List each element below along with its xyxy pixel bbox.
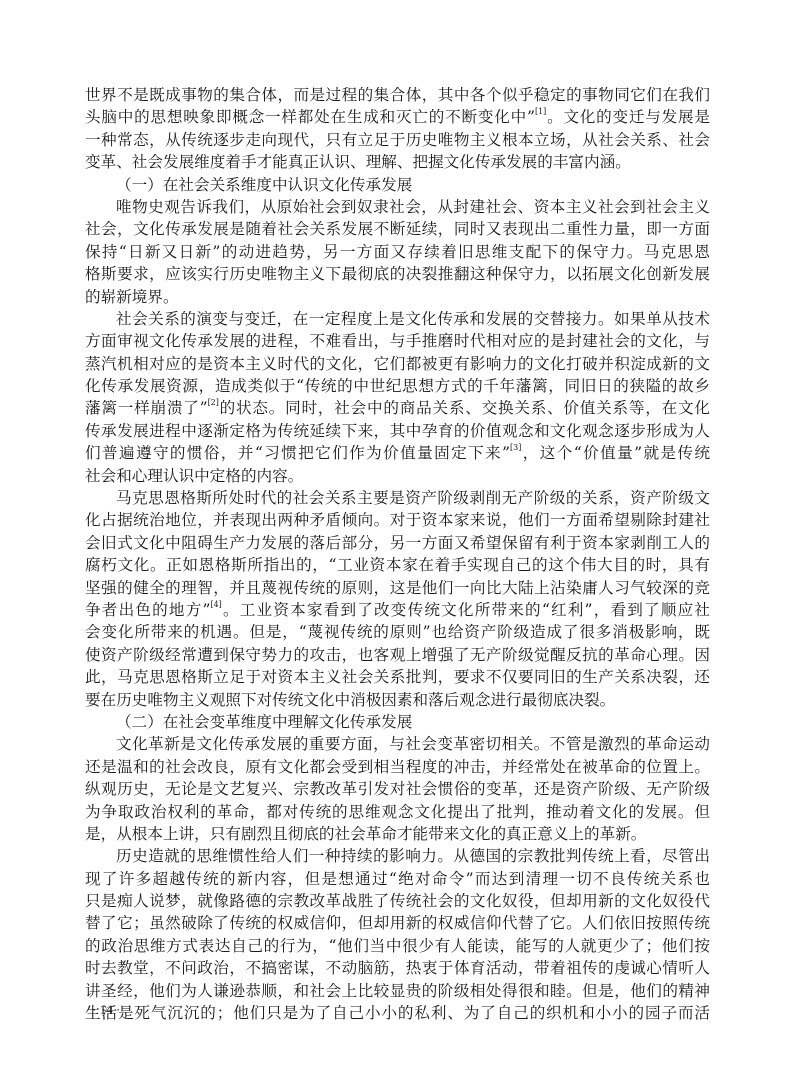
line-text: 生活是死气沉沉的；他们只是为了自己小小的私利、为了自己的织机和小小的园子而活: [85, 1004, 710, 1022]
line-text-continued: 。文化的变迁与发展是: [546, 108, 710, 126]
citation-reference: [4]: [210, 600, 221, 609]
line-text: 格斯要求，应该实行历史唯物主义下最彻底的决裂推翻这种保守力，以拓展文化创新发展: [85, 265, 710, 283]
document-body: 世界不是既成事物的集合体，而是过程的集合体，其中各个似乎稳定的事物同它们在我们头…: [85, 84, 710, 1024]
page-number: · 14 ·: [92, 1002, 120, 1018]
line-text: 的政治思维方式表达自己的行为，“他们当中很少有人能读，能写的人就更少了；他们按: [85, 937, 710, 955]
text-line: 社会和心理认识中定格的内容。: [85, 465, 710, 487]
text-line: 此，马克思恩格斯立足于对资本主义社会关系批判，要求不仅要同旧的生产关系决裂，还: [85, 666, 710, 688]
text-line: 纵观历史，无论是文艺复兴、宗教改革引发对社会惯俗的变革，还是资产阶级、无产阶级: [85, 778, 710, 800]
line-text: 世界不是既成事物的集合体，而是过程的集合体，其中各个似乎稳定的事物同它们在我们: [85, 86, 710, 104]
text-line: 历史造就的思维惯性给人们一种持续的影响力。从德国的宗教批判传统上看，尽管出: [85, 845, 710, 867]
text-line: 只是痴人说梦，就像路德的宗教改革战胜了传统社会的文化奴役，但却用新的文化奴役代: [85, 890, 710, 912]
line-text: 坚强的健全的理智，并且蔑视传统的原则，这是他们一向比大陆上沾染庸人习气较深的竞: [85, 579, 710, 597]
text-line: 社会关系的演变与变迁，在一定程度上是文化传承和发展的交替接力。如果单从技术: [85, 308, 710, 330]
text-line: 会旧式文化中阻碍生产力发展的落后部分，另一方面又希望保留有利于资本家剥削工人的: [85, 532, 710, 554]
text-line: 的崭新境界。: [85, 286, 710, 308]
line-text: 化传承发展资源，造成类似于“传统的中世纪思想方式的千年藩篱，同旧日的狭隘的故乡: [85, 377, 710, 395]
line-text: 变革、社会发展维度着手才能真正认识、理解、把握文化传承发展的丰富内涵。: [85, 153, 631, 171]
line-text: 化占据统治地位，并表现出两种矛盾倾向。对于资本家来说，他们一方面希望剔除封建社: [85, 511, 710, 529]
line-text: 时去教堂，不问政治，不搞密谋，不动脑筋，热衷于体育活动，带着祖传的虔诚心情听人: [85, 959, 710, 977]
line-text-continued: 的状态。同时，社会中的商品关系、交换关系、价值关系等，在文化: [219, 399, 710, 417]
section-heading: （一）在社会关系维度中认识文化传承发展: [85, 174, 710, 196]
text-line: 争者出色的地方”[4]。工业资本家看到了改变传统文化所带来的“红利”，看到了顺应…: [85, 599, 710, 621]
line-text: 会旧式文化中阻碍生产力发展的落后部分，另一方面又希望保留有利于资本家剥削工人的: [85, 534, 710, 552]
line-text: 蒸汽机相对应的是资本主义时代的文化，它们都被更有影响力的文化打破并积淀成新的文: [85, 355, 710, 373]
text-line: 马克思恩格斯所处时代的社会关系主要是资产阶级剥削无产阶级的关系，资产阶级文: [85, 487, 710, 509]
text-line: 的政治思维方式表达自己的行为，“他们当中很少有人能读，能写的人就更少了；他们按: [85, 935, 710, 957]
line-text: 传承发展进程中逐渐定格为传统延续下来，其中孕育的价值观念和文化观念逐步形成为人: [85, 422, 710, 440]
line-text: 腐朽文化。正如恩格斯所指出的，“工业资本家在着手实现自己的这个伟大目的时，具有: [85, 556, 710, 574]
line-text: 社会，文化传承发展是随着社会关系发展不断延续，同时又表现出二重性力量，即一方面: [85, 220, 710, 238]
text-line: 头脑中的思想映象即概念一样都处在生成和灭亡的不断变化中”[1]。文化的变迁与发展…: [85, 106, 710, 128]
line-text: 还是温和的社会改良，原有文化都会受到相当程度的冲击，并经常处在被革命的位置上。: [85, 758, 710, 776]
line-text: 的崭新境界。: [85, 288, 179, 306]
line-text-continued: 。工业资本家看到了改变传统文化所带来的“红利”，看到了顺应社: [222, 601, 710, 619]
text-line: 变革、社会发展维度着手才能真正认识、理解、把握文化传承发展的丰富内涵。: [85, 151, 710, 173]
line-text: 现了许多超越传统的新内容，但是想通过“绝对命令”而达到清理一切不良传统关系也: [85, 870, 710, 888]
line-text: 方面审视文化传承发展的进程，不难看出，与手推磨时代相对应的是封建社会的文化，与: [85, 332, 710, 350]
section-heading: （二）在社会变革维度中理解文化传承发展: [85, 711, 710, 733]
text-line: 唯物史观告诉我们，从原始社会到奴隶社会，从封建社会、资本主义社会到社会主义: [85, 196, 710, 218]
text-line: 一种常态，从传统逐步走向现代，只有立足于历史唯物主义根本立场，从社会关系、社会: [85, 129, 710, 151]
text-line: 方面审视文化传承发展的进程，不难看出，与手推磨时代相对应的是封建社会的文化，与: [85, 330, 710, 352]
text-line: 藩篱一样崩溃了”[2]的状态。同时，社会中的商品关系、交换关系、价值关系等，在文…: [85, 397, 710, 419]
line-text: （一）在社会关系维度中认识文化传承发展: [116, 176, 412, 194]
line-text: 们普遍遵守的惯俗，并“习惯把它们作为价值量固定下来”: [85, 444, 510, 462]
line-text: （二）在社会变革维度中理解文化传承发展: [116, 713, 412, 731]
text-line: 要在历史唯物主义观照下对传统文化中消极因素和落后观念进行最彻底决裂。: [85, 689, 710, 711]
line-text: 社会和心理认识中定格的内容。: [85, 467, 303, 485]
text-line: 生活是死气沉沉的；他们只是为了自己小小的私利、为了自己的织机和小小的园子而活: [85, 1002, 710, 1024]
line-text-continued: ，这个“价值量”就是传统: [521, 444, 710, 462]
text-line: 还是温和的社会改良，原有文化都会受到相当程度的冲击，并经常处在被革命的位置上。: [85, 756, 710, 778]
text-line: 社会，文化传承发展是随着社会关系发展不断延续，同时又表现出二重性力量，即一方面: [85, 218, 710, 240]
citation-reference: [3]: [510, 443, 521, 452]
line-text: 替了它；虽然破除了传统的权威信仰，但却用新的权威信仰代替了它。人们依旧按照传统: [85, 914, 710, 932]
line-text: 是，从根本上讲，只有剧烈且彻底的社会革命才能带来文化的真正意义上的革新。: [85, 825, 646, 843]
text-line: 时去教堂，不问政治，不搞密谋，不动脑筋，热衷于体育活动，带着祖传的虔诚心情听人: [85, 957, 710, 979]
text-line: 文化革新是文化传承发展的重要方面，与社会变革密切相关。不管是激烈的革命运动: [85, 733, 710, 755]
line-text: 此，马克思恩格斯立足于对资本主义社会关系批判，要求不仅要同旧的生产关系决裂，还: [85, 668, 710, 686]
line-text: 争者出色的地方”: [85, 601, 210, 619]
text-line: 腐朽文化。正如恩格斯所指出的，“工业资本家在着手实现自己的这个伟大目的时，具有: [85, 554, 710, 576]
text-line: 讲圣经，他们为人谦逊恭顺，和社会上比较显贵的阶级相处得很和睦。但是，他们的精神: [85, 980, 710, 1002]
text-line: 化占据统治地位，并表现出两种矛盾倾向。对于资本家来说，他们一方面希望剔除封建社: [85, 509, 710, 531]
text-line: 使资产阶级经常遭到保守势力的攻击，也客观上增强了无产阶级觉醒反抗的革命心理。因: [85, 644, 710, 666]
text-line: 现了许多超越传统的新内容，但是想通过“绝对命令”而达到清理一切不良传统关系也: [85, 868, 710, 890]
text-line: 会变化所带来的机遇。但是，“蔑视传统的原则”也给资产阶级造成了很多消极影响，既: [85, 621, 710, 643]
line-text: 一种常态，从传统逐步走向现代，只有立足于历史唯物主义根本立场，从社会关系、社会: [85, 131, 710, 149]
text-line: 为争取政治权利的革命，都对传统的思维观念文化提出了批判，推动着文化的发展。但: [85, 801, 710, 823]
citation-reference: [1]: [535, 107, 546, 116]
line-text: 为争取政治权利的革命，都对传统的思维观念文化提出了批判，推动着文化的发展。但: [85, 803, 710, 821]
line-text: 马克思恩格斯所处时代的社会关系主要是资产阶级剥削无产阶级的关系，资产阶级文: [116, 489, 710, 507]
text-line: 替了它；虽然破除了传统的权威信仰，但却用新的权威信仰代替了它。人们依旧按照传统: [85, 912, 710, 934]
line-text: 社会关系的演变与变迁，在一定程度上是文化传承和发展的交替接力。如果单从技术: [116, 310, 710, 328]
text-line: 是，从根本上讲，只有剧烈且彻底的社会革命才能带来文化的真正意义上的革新。: [85, 823, 710, 845]
line-text: 使资产阶级经常遭到保守势力的攻击，也客观上增强了无产阶级觉醒反抗的革命心理。因: [85, 646, 710, 664]
line-text: 头脑中的思想映象即概念一样都处在生成和灭亡的不断变化中”: [85, 108, 535, 126]
line-text: 讲圣经，他们为人谦逊恭顺，和社会上比较显贵的阶级相处得很和睦。但是，他们的精神: [85, 982, 710, 1000]
line-text: 要在历史唯物主义观照下对传统文化中消极因素和落后观念进行最彻底决裂。: [85, 691, 615, 709]
text-line: 们普遍遵守的惯俗，并“习惯把它们作为价值量固定下来”[3]，这个“价值量”就是传…: [85, 442, 710, 464]
text-line: 坚强的健全的理智，并且蔑视传统的原则，这是他们一向比大陆上沾染庸人习气较深的竞: [85, 577, 710, 599]
line-text: 会变化所带来的机遇。但是，“蔑视传统的原则”也给资产阶级造成了很多消极影响，既: [85, 623, 710, 641]
text-line: 保持“日新又日新”的动进趋势，另一方面又存续着旧思维支配下的保守力。马克思恩: [85, 241, 710, 263]
line-text: 只是痴人说梦，就像路德的宗教改革战胜了传统社会的文化奴役，但却用新的文化奴役代: [85, 892, 710, 910]
text-line: 化传承发展资源，造成类似于“传统的中世纪思想方式的千年藩篱，同旧日的狭隘的故乡: [85, 375, 710, 397]
text-line: 传承发展进程中逐渐定格为传统延续下来，其中孕育的价值观念和文化观念逐步形成为人: [85, 420, 710, 442]
line-text: 唯物史观告诉我们，从原始社会到奴隶社会，从封建社会、资本主义社会到社会主义: [116, 198, 710, 216]
line-text: 纵观历史，无论是文艺复兴、宗教改革引发对社会惯俗的变革，还是资产阶级、无产阶级: [85, 780, 710, 798]
line-text: 历史造就的思维惯性给人们一种持续的影响力。从德国的宗教批判传统上看，尽管出: [116, 847, 710, 865]
text-line: 格斯要求，应该实行历史唯物主义下最彻底的决裂推翻这种保守力，以拓展文化创新发展: [85, 263, 710, 285]
citation-reference: [2]: [208, 398, 219, 407]
line-text: 保持“日新又日新”的动进趋势，另一方面又存续着旧思维支配下的保守力。马克思恩: [85, 243, 710, 261]
text-line: 世界不是既成事物的集合体，而是过程的集合体，其中各个似乎稳定的事物同它们在我们: [85, 84, 710, 106]
text-line: 蒸汽机相对应的是资本主义时代的文化，它们都被更有影响力的文化打破并积淀成新的文: [85, 353, 710, 375]
line-text: 文化革新是文化传承发展的重要方面，与社会变革密切相关。不管是激烈的革命运动: [116, 735, 710, 753]
line-text: 藩篱一样崩溃了”: [85, 399, 208, 417]
